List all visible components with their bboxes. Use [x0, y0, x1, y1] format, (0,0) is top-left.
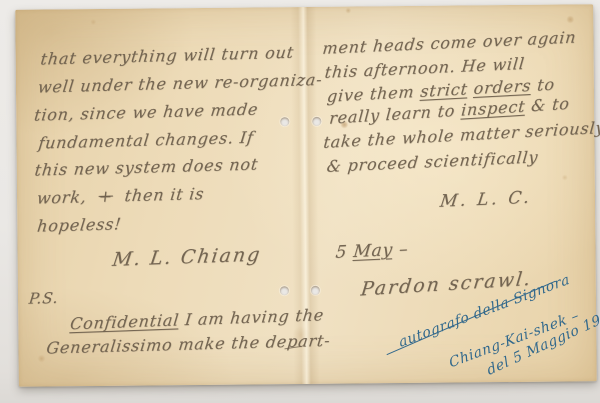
signature-initials-mlc: M. L. C. [439, 188, 534, 212]
underlined-word-may: May [352, 240, 393, 262]
underlined-word-orders: orders [473, 76, 532, 98]
handwritten-line: & proceed scientifically [326, 147, 539, 176]
line-segment: 5 [335, 242, 355, 263]
postscript-label: P.S. [28, 289, 60, 308]
letter-photograph: that everything will turn out well under… [0, 0, 600, 403]
line-segment: give them [326, 82, 421, 106]
line-segment: work, [36, 187, 94, 208]
handwritten-line: that everything will turn out [40, 43, 295, 69]
line-segment: & to [525, 94, 571, 116]
line-segment: then it is [118, 184, 206, 205]
handwritten-line: Generalissimo make the depart- [45, 331, 331, 358]
date-line: 5 May – [335, 239, 410, 262]
center-fold-crease [290, 7, 320, 384]
letter-paper: that everything will turn out well under… [15, 4, 597, 387]
punch-hole [311, 286, 320, 295]
underlined-word-strict: strict [420, 79, 469, 101]
underlined-word-inspect: inspect [460, 97, 526, 120]
handwritten-line: hopeless! [36, 214, 122, 235]
line-segment: to [531, 75, 556, 95]
underlined-word-confidential: Confidential [69, 310, 180, 333]
signature-mayling-chiang: M. L. Chiang [111, 243, 263, 270]
punch-hole [280, 117, 289, 126]
handwritten-line: tion, since we have made [33, 100, 259, 125]
handwritten-line: well under the new re-organiza- [37, 70, 324, 97]
handwritten-line: work, + then it is [36, 184, 205, 208]
line-segment: – [392, 239, 409, 260]
punch-hole [312, 117, 321, 126]
punch-hole [280, 286, 289, 295]
handwritten-line: ment heads come over again [322, 27, 578, 57]
handwritten-line: fundamental changes. If [37, 128, 254, 153]
handwritten-line: Confidential I am having the [69, 305, 325, 333]
handwritten-line: this new system does not [34, 155, 260, 180]
struck-out-mark: + [92, 186, 120, 206]
